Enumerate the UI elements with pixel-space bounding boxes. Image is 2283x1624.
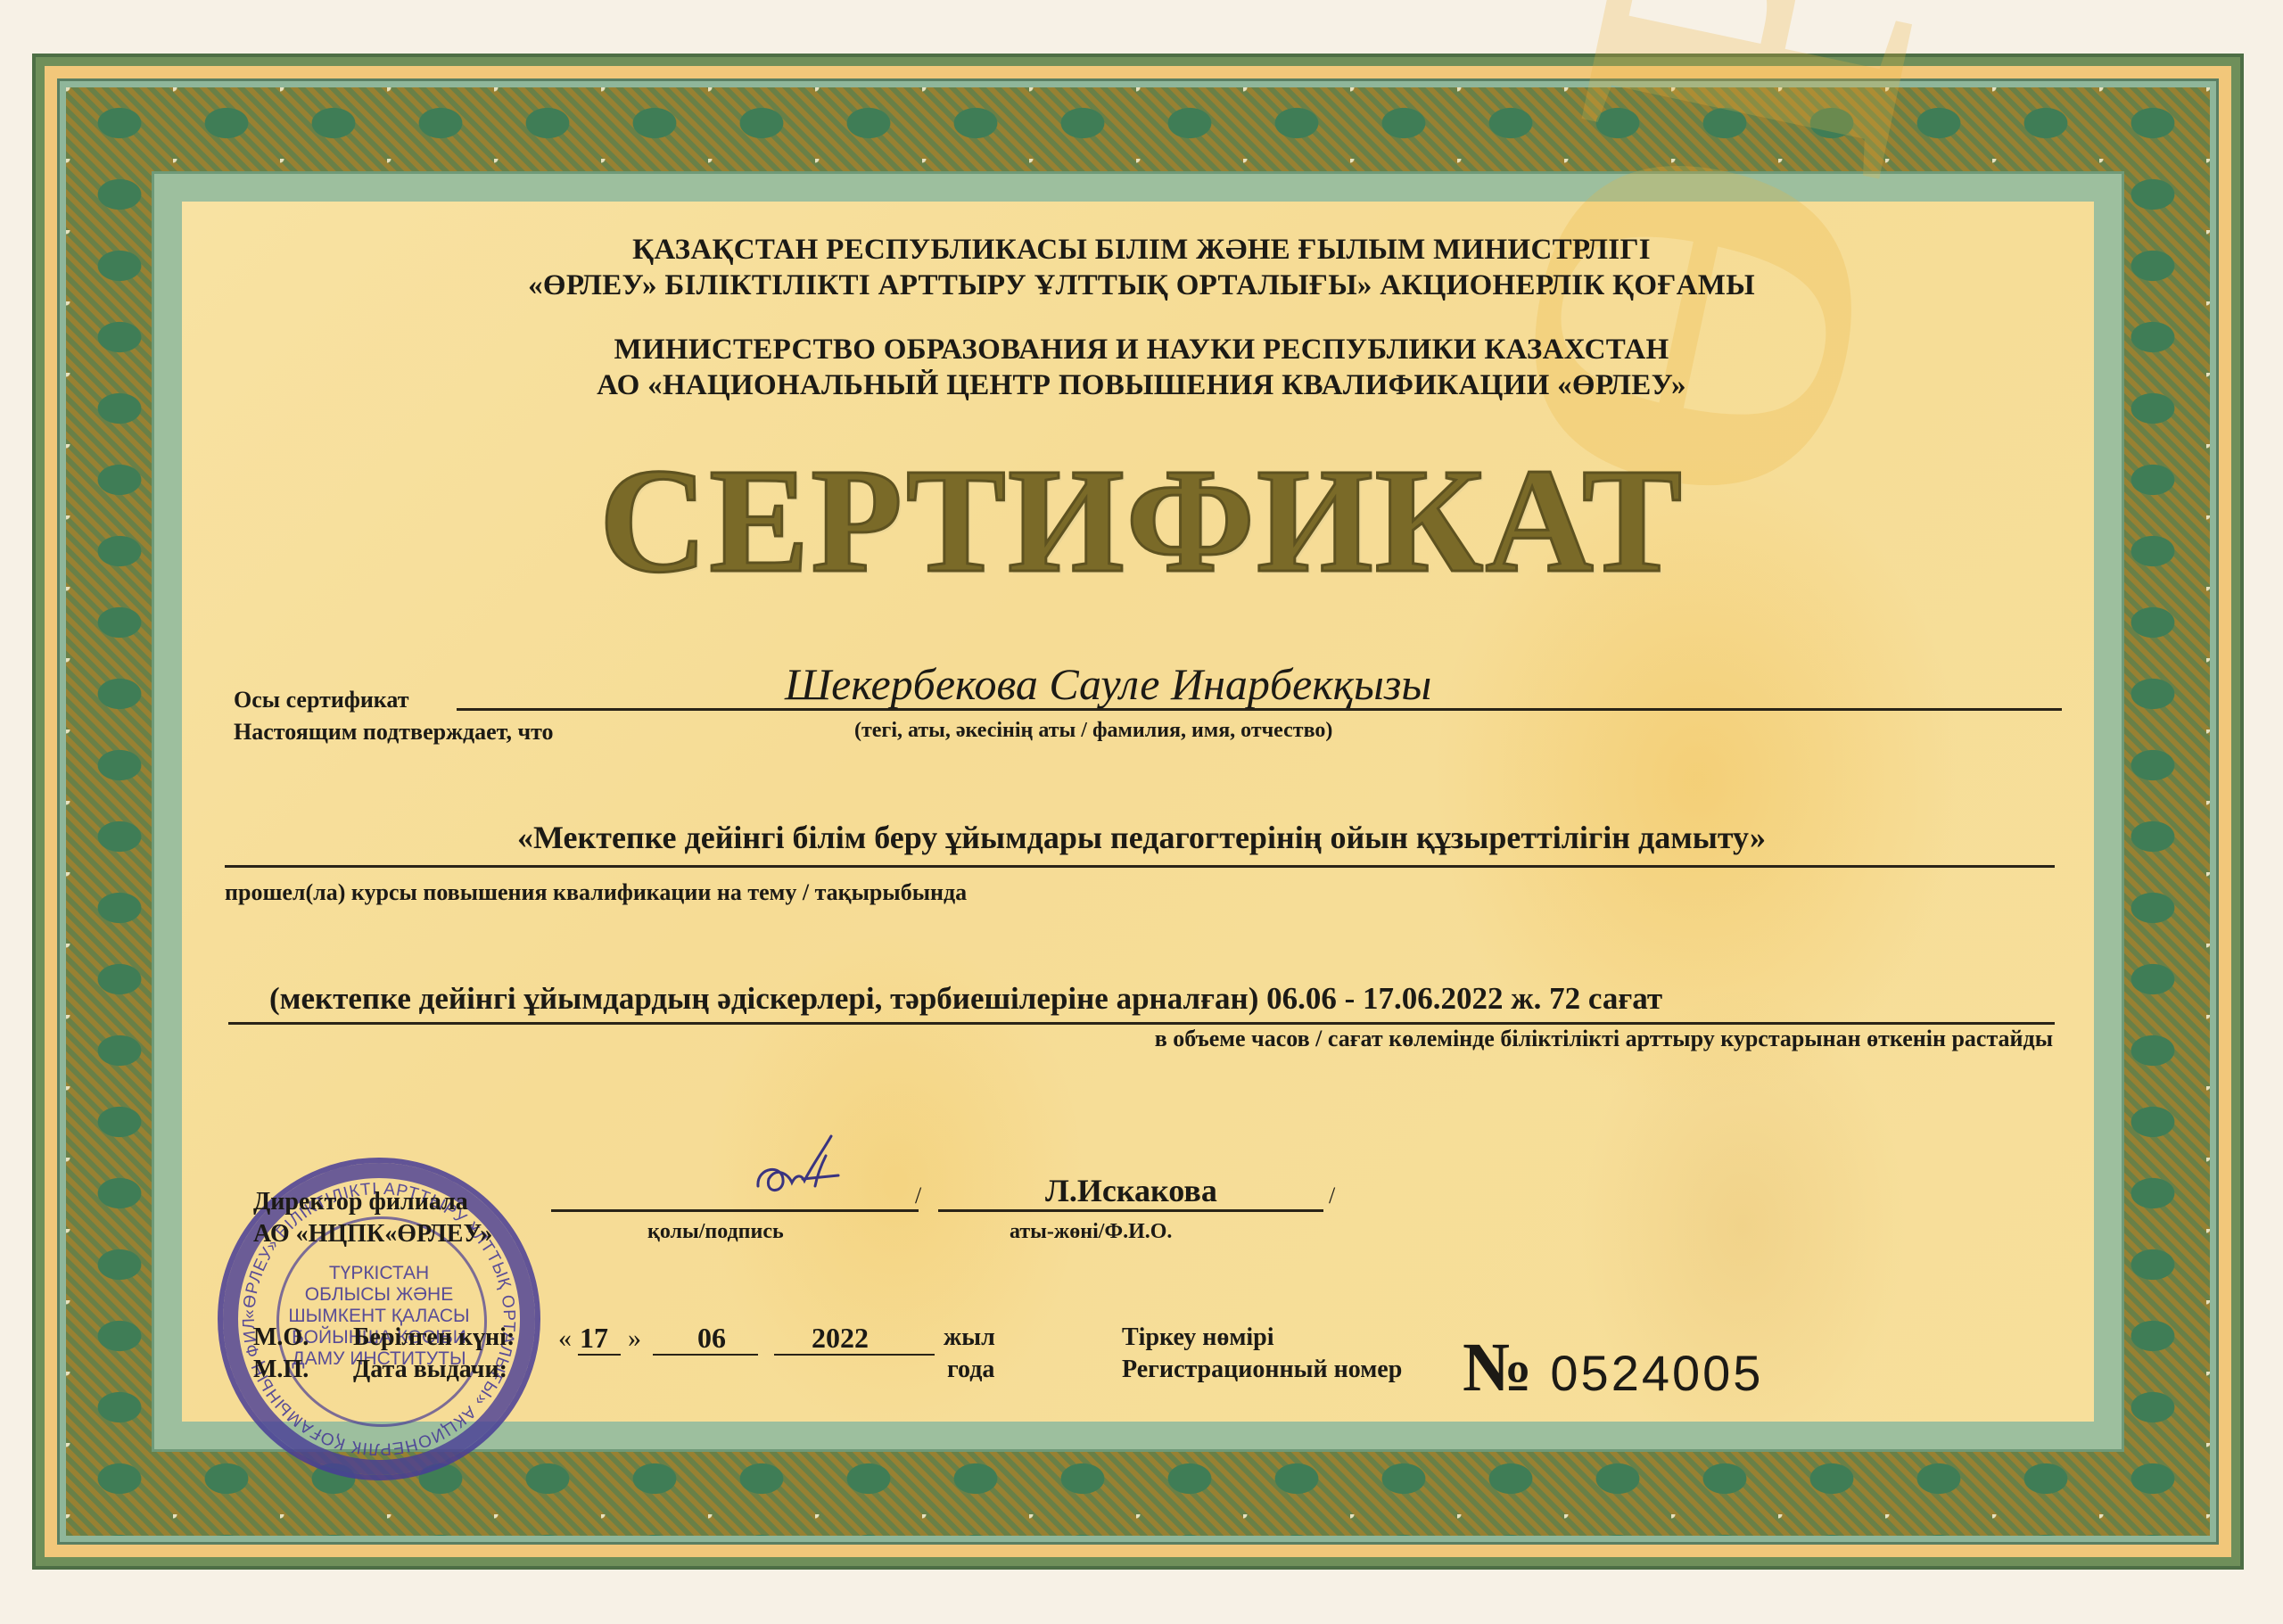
certificate-title: СЕРТИФИКАТ [0,435,2283,607]
number-sign: № [1463,1328,1532,1406]
stamp-center-text: ТҮРКІСТАН ОБЛЫСЫ ЖӘНЕ ШЫМКЕНТ ҚАЛАСЫ БОЙ… [223,1263,535,1370]
recipient-label-ru: Настоящим подтверждает, что [234,719,554,746]
issue-date-label-kz: Берілген күні: [353,1323,515,1352]
certificate-page: ӨРЛЕУ ҚАЗАҚСТАН РЕСПУБЛИКАСЫ БІЛІМ ЖӘНЕ … [0,0,2283,1624]
signatory-name-underline [938,1209,1323,1212]
signatory-position-line2: АО «НЦПК«ӨРЛЕУ» [253,1220,492,1249]
course-hours-underline [228,1022,2055,1025]
recipient-name-hint: (тегі, аты, әкесінің аты / фамилия, имя,… [854,719,1332,743]
header-kz-line2: «ӨРЛЕУ» БІЛІКТІЛІКТІ АРТТЫРУ ҰЛТТЫҚ ОРТА… [0,269,2283,302]
header-ru-line1: МИНИСТЕРСТВО ОБРАЗОВАНИЯ И НАУКИ РЕСПУБЛ… [0,334,2283,367]
stamp-line2: ОБЛЫСЫ ЖӘНЕ [223,1284,535,1306]
issue-month: 06 [697,1322,726,1355]
course-topic-underline [225,865,2055,868]
issue-year-underline [774,1354,935,1356]
signature-slash: / [915,1183,921,1209]
course-volume-hint: в объеме часов / сағат көлемінде білікті… [1155,1026,2053,1052]
registration-label-ru: Регистрационный номер [1122,1356,1402,1384]
recipient-label-kz: Осы сертификат [234,687,409,713]
issue-month-underline [653,1354,758,1356]
course-topic-hint: прошел(ла) курсы повышения квалификации … [225,879,967,906]
signature-icon [749,1131,856,1211]
issue-day-underline [578,1354,621,1356]
issue-year-word-ru: года [947,1356,994,1384]
signature-underline [551,1209,919,1212]
signatory-name-slash: / [1329,1183,1335,1209]
registration-number-value: 0524005 [1550,1345,1763,1401]
stamp-line1: ТҮРКІСТАН [223,1263,535,1284]
mo-kz-label: М.О. [253,1323,309,1352]
course-topic: «Мектепке дейінгі білім беру ұйымдары пе… [0,819,2283,856]
issue-quote-close: » [628,1323,641,1354]
header-ru-line2: АО «НАЦИОНАЛЬНЫЙ ЦЕНТР ПОВЫШЕНИЯ КВАЛИФИ… [0,369,2283,402]
mo-ru-label: М.П. [253,1356,309,1384]
signatory-name-hint: аты-жөні/Ф.И.О. [1010,1220,1172,1244]
signature-hint: қолы/подпись [647,1220,784,1244]
signatory-position-line1: Директор филиала [253,1188,468,1216]
signatory-name: Л.Искакова [1045,1172,1217,1209]
recipient-name: Шекербекова Сауле Инарбекқызы [785,658,1431,710]
registration-label-kz: Тіркеу нөмірі [1122,1323,1274,1352]
issue-date-label-ru: Дата выдачи: [353,1356,507,1384]
issue-year-word-kz: жыл [944,1323,995,1352]
course-audience-dates-hours: (мектепке дейінгі ұйымдардың әдіскерлері… [269,981,1662,1017]
issue-quote-open: « [558,1323,572,1354]
header-kz-line1: ҚАЗАҚСТАН РЕСПУБЛИКАСЫ БІЛІМ ЖӘНЕ ҒЫЛЫМ … [0,234,2283,267]
issue-day: 17 [580,1322,608,1355]
registration-number: № 0524005 [1463,1327,1763,1407]
issue-year: 2022 [812,1322,869,1355]
